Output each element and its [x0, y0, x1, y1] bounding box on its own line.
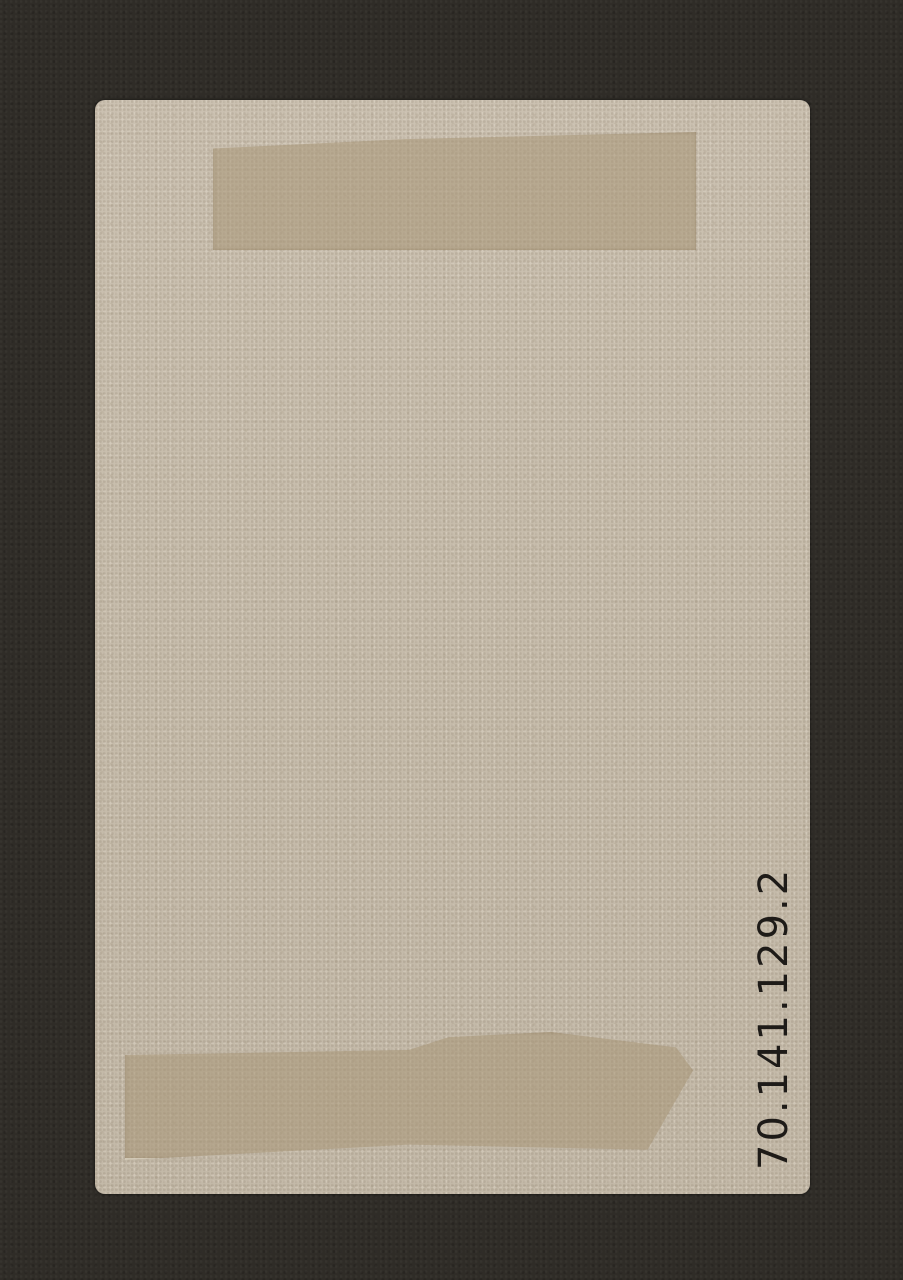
tape-strip-top: [213, 132, 696, 250]
accession-number: 70.141.129.2: [751, 867, 797, 1170]
tape-strip-bottom: [125, 1032, 693, 1160]
card-back: 70.141.129.2: [95, 100, 810, 1194]
